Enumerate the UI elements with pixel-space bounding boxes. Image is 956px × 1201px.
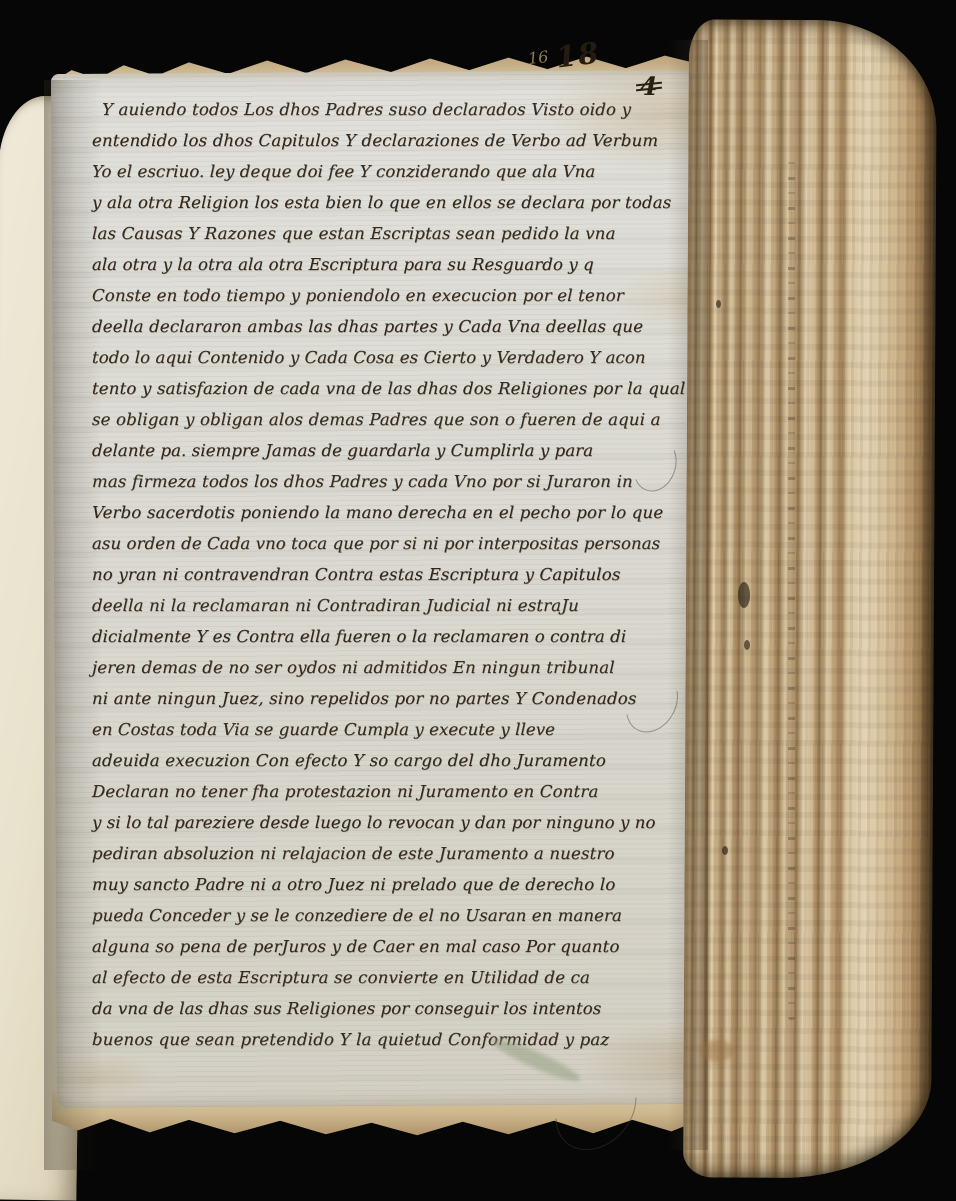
manuscript-line: asu orden de Cada vno toca que por si ni… <box>92 528 707 559</box>
manuscript-line: muy sancto Padre ni a otro Juez ni prela… <box>92 869 707 900</box>
manuscript-line: Y auiendo todos Los dhos Padres suso dec… <box>92 94 707 125</box>
manuscript-line: entendido los dhos Capitulos Y declarazi… <box>92 125 707 156</box>
manuscript-line: adeuida execuzion Con efecto Y so cargo … <box>92 745 707 776</box>
manuscript-line: buenos que sean pretendido Y la quietud … <box>92 1024 707 1055</box>
manuscript-line: jeren demas de no ser oydos ni admitidos… <box>92 652 707 683</box>
manuscript-line: se obligan y obligan alos demas Padres q… <box>92 404 707 435</box>
corner-tally-mark: 4 <box>640 72 657 101</box>
folio-number-ink: 18 <box>554 35 602 74</box>
manuscript-line: al efecto de esta Escriptura se conviert… <box>92 962 707 993</box>
fore-edge-ink-blot <box>716 300 721 308</box>
fore-edge-ink-blot <box>722 846 728 855</box>
book-fore-edge-stack <box>683 19 937 1178</box>
handwritten-text-block: Y auiendo todos Los dhos Padres suso dec… <box>92 94 706 1055</box>
folio-number-pencil: 16 <box>527 47 549 68</box>
manuscript-line: deella ni la reclamaran ni Contradiran J… <box>92 590 707 621</box>
manuscript-line: no yran ni contravendran Contra estas Es… <box>92 559 707 590</box>
manuscript-line: Yo el escriuo. ley deque doi fee Y conzi… <box>92 156 707 187</box>
manuscript-line: Verbo sacerdotis poniendo la mano derech… <box>92 497 707 528</box>
fore-edge-ink-blot <box>738 582 750 608</box>
manuscript-line: delante pa. siempre Jamas de guardarla y… <box>92 435 707 466</box>
manuscript-line: deella declararon ambas las dhas partes … <box>92 311 707 342</box>
manuscript-line: en Costas toda Via se guarde Cumpla y ex… <box>92 714 707 745</box>
fore-edge-ink-blot <box>744 640 750 650</box>
brown-stain <box>700 1040 734 1062</box>
manuscript-line: ala otra y la otra ala otra Escriptura p… <box>92 249 707 280</box>
fore-edge-ink-marks <box>788 160 795 1020</box>
manuscript-line: Conste en todo tiempo y poniendolo en ex… <box>92 280 707 311</box>
manuscript-line: tento y satisfazion de cada vna de las d… <box>92 373 707 404</box>
manuscript-line: alguna so pena de perJuros y de Caer en … <box>92 931 707 962</box>
manuscript-line: da vna de las dhas sus Religiones por co… <box>92 993 707 1024</box>
manuscript-line: pediran absoluzion ni relajacion de este… <box>92 838 707 869</box>
manuscript-photo: 16 18 4 Y auiendo todos Los dhos Padres … <box>0 0 956 1200</box>
manuscript-line: pueda Conceder y se le conzediere de el … <box>92 900 707 931</box>
manuscript-line: dicialmente Y es Contra ella fueren o la… <box>92 621 707 652</box>
manuscript-line: mas firmeza todos los dhos Padres y cada… <box>92 466 707 497</box>
manuscript-line: las Causas Y Razones que estan Escriptas… <box>92 218 707 249</box>
manuscript-line: todo lo aqui Contenido y Cada Cosa es Ci… <box>92 342 707 373</box>
manuscript-line: ni ante ningun Juez, sino repelidos por … <box>92 683 707 714</box>
manuscript-line: Declaran no tener fha protestazion ni Ju… <box>92 776 707 807</box>
manuscript-line: y ala otra Religion los esta bien lo que… <box>92 187 707 218</box>
manuscript-line: y si lo tal pareziere desde luego lo rev… <box>92 807 707 838</box>
